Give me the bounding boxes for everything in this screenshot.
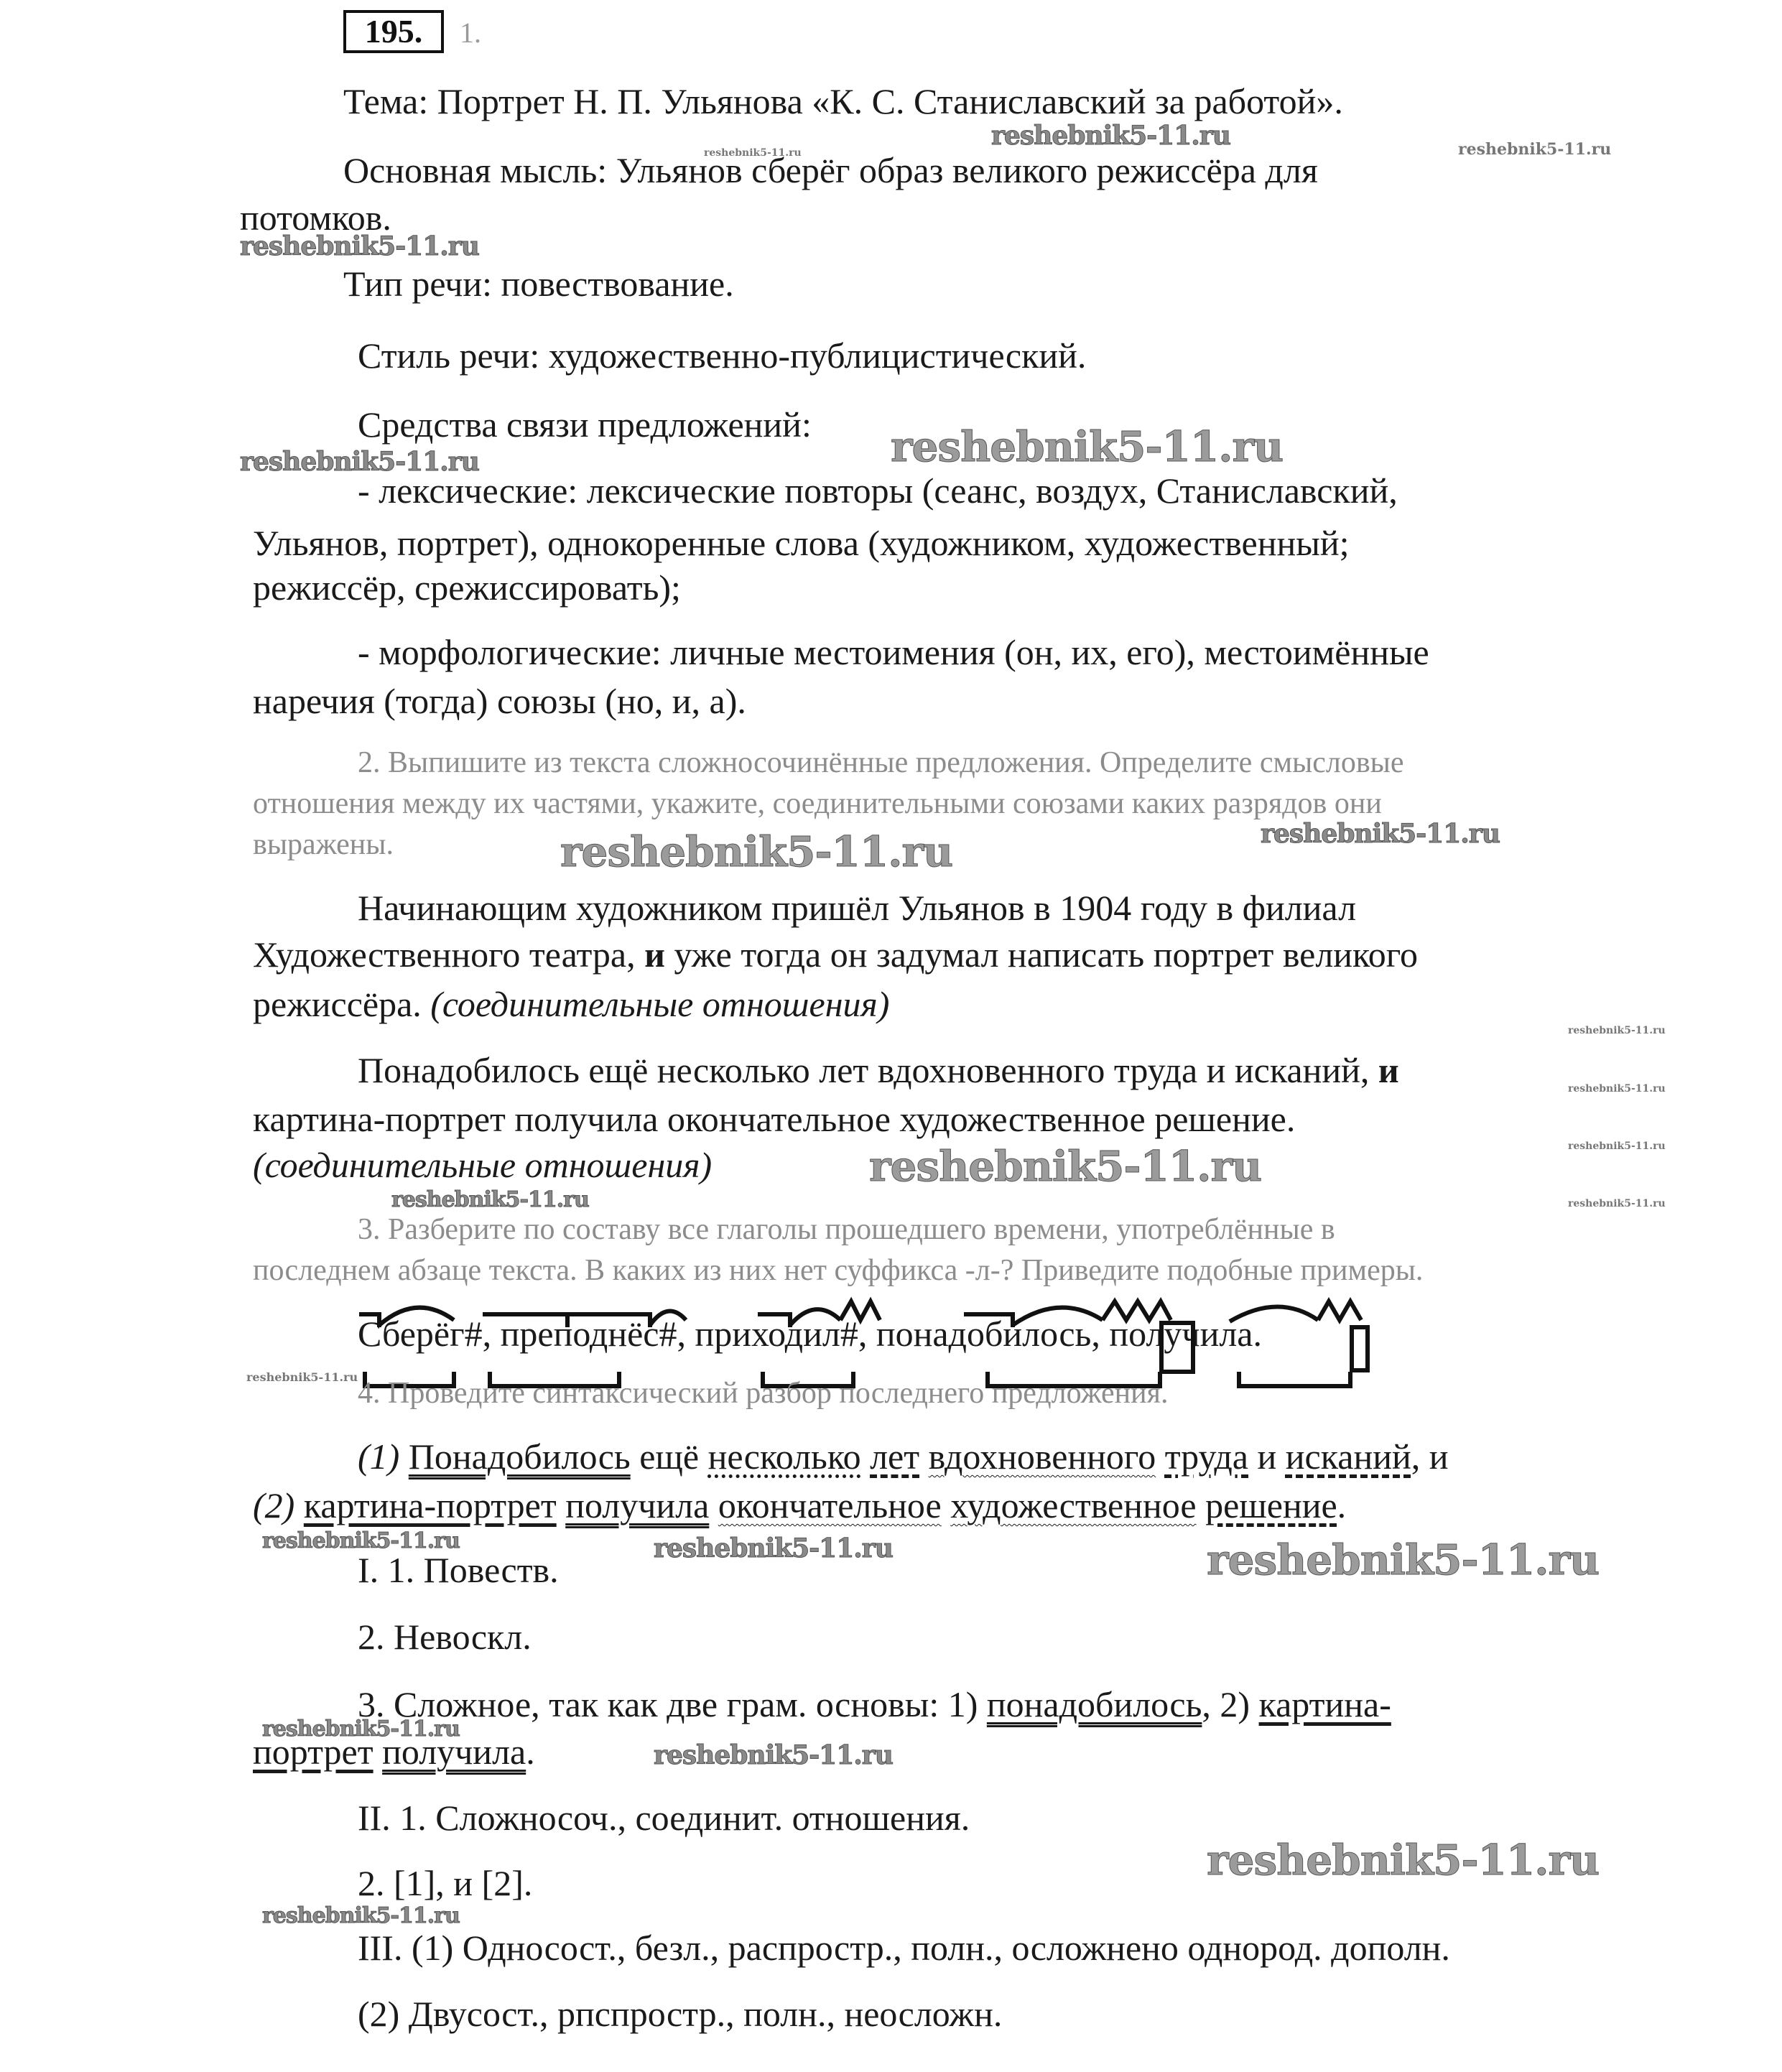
text [919,1436,929,1477]
sentence-member-object: исканий [1286,1436,1411,1477]
lexical-line-1: - лексические: лексические повторы (сеан… [358,469,1398,512]
watermark: reshebnik5-11.ru [262,1528,460,1553]
watermark: reshebnik5-11.ru [1458,140,1611,159]
root-arc-icon [1230,1306,1318,1321]
sentence1-end: режиссёра. [253,984,430,1024]
watermark: reshebnik5-11.ru [654,1533,893,1564]
root-arc-icon [379,1308,454,1325]
speech-style-line: Стиль речи: художественно-публицистическ… [358,334,1086,377]
lexical-line-3: режиссёр, срежиссировать); [253,566,681,609]
prefix-mark-icon [359,1314,379,1327]
root-arc-icon [790,1309,840,1325]
main-idea-line-1: Основная мысль: Ульянов сберёг образ вел… [343,149,1318,192]
sentence-member-object: решение [1205,1485,1337,1525]
ending-box-icon [1352,1327,1368,1370]
text [1156,1436,1165,1477]
sentence-member-subject: картина-портрет [304,1485,557,1525]
prefix-mark-icon [758,1314,790,1327]
clause-label: (1) [358,1436,409,1477]
analysis-iii1: III. (1) Односост., безл., распростр., п… [358,1926,1450,1969]
analysis-i3-line-1: 3. Сложное, так как две грам. основы: 1)… [358,1683,1391,1726]
text [942,1485,951,1525]
text [557,1485,566,1525]
sentence-member-object: труда [1165,1436,1248,1477]
sentence-member-predicate: Понадобилось [409,1436,631,1477]
sentence1-conjunction: и [644,934,665,975]
parsed-sentence-part-1: (1) Понадобилось ещё несколько лет вдохн… [358,1435,1448,1478]
sentence1-line-3: режиссёра. (соединительные отношения) [253,982,889,1026]
watermark: reshebnik5-11.ru [1568,1140,1666,1152]
sentence1-part-b: уже тогда он задумал написать портрет ве… [665,934,1418,975]
watermark: reshebnik5-11.ru [560,827,952,876]
text: . [1337,1485,1347,1525]
analysis-i1: I. 1. Повеств. [358,1548,559,1592]
watermark: reshebnik5-11.ru [1207,1536,1599,1584]
subtask-number: 1. [460,16,481,50]
morphological-line-2: наречия (тогда) союзы (но, и, а). [253,679,746,723]
watermark: reshebnik5-11.ru [1207,1836,1599,1885]
watermark: reshebnik5-11.ru [869,1142,1261,1191]
text [861,1436,871,1477]
sentence1-line-2: Художественного театра, и уже тогда он з… [253,933,1418,976]
suffix-mark-icon [840,1301,880,1320]
stem-bracket-icon [1239,1372,1350,1386]
morphological-line-1: - морфологические: личные местоимения (о… [358,631,1429,674]
watermark: reshebnik5-11.ru [391,1187,589,1212]
text: ещё [631,1436,708,1477]
links-heading: Средства связи предложений: [358,403,812,446]
parsed-sentence-part-2: (2) картина-портрет получила окончательн… [253,1484,1346,1527]
postfix-box-icon [1161,1323,1193,1372]
analysis-iii2: (2) Двусост., рпспростр., полн., неослож… [358,1992,1002,2035]
task3-prompt-line-1: 3. Разберите по составу все глаголы прош… [358,1211,1335,1248]
sentence-member-attribute: художественное [950,1485,1196,1525]
task2-prompt-line-2: отношения между их частями, укажите, сое… [253,785,1382,822]
root-arc-icon [1013,1308,1103,1325]
suffix-mark-icon [1318,1301,1361,1320]
grammar-base-subject-2a: картина- [1259,1684,1391,1724]
watermark: reshebnik5-11.ru [240,447,479,477]
watermark: reshebnik5-11.ru [1568,1025,1666,1036]
sentence1-line-1: Начинающим художником пришёл Ульянов в 1… [358,886,1356,929]
prefix-mark-icon [567,1314,650,1327]
text: и [1248,1436,1286,1477]
sentence2-relation: (соединительные отношения) [253,1143,712,1186]
watermark: reshebnik5-11.ru [704,147,802,159]
task4-prompt: 4. Проведите синтаксический разбор после… [358,1375,1168,1412]
watermark: reshebnik5-11.ru [891,422,1283,471]
text [1197,1485,1206,1525]
sentence2-line-1: Понадобилось ещё несколько лет вдохновен… [358,1049,1399,1092]
sentence-member-object: лет [870,1436,919,1477]
grammar-base-predicate-1: понадобилось [987,1684,1202,1724]
prefix-mark-icon [483,1314,567,1327]
sentence2-part-a: Понадобилось ещё несколько лет вдохновен… [358,1050,1378,1090]
analysis-ii2: 2. [1], и [2]. [358,1862,532,1905]
suffix-mark-icon [1103,1301,1171,1320]
task2-prompt-line-1: 2. Выпишите из текста сложносочинённые п… [358,744,1404,781]
watermark: reshebnik5-11.ru [991,121,1230,151]
analysis-i2: 2. Невоскл. [358,1615,532,1658]
exercise-number-box: 195. [343,10,444,53]
sentence-member-attribute: вдохновенного [929,1436,1156,1477]
sentence-member-attribute: окончательное [718,1485,942,1525]
watermark: reshebnik5-11.ru [262,1716,460,1742]
watermark: reshebnik5-11.ru [1568,1083,1666,1095]
task3-prompt-line-2: последнем абзаце текста. В каких из них … [253,1252,1423,1289]
sentence2-line-2: картина-портрет получила окончательное х… [253,1097,1295,1140]
watermark: reshebnik5-11.ru [654,1740,893,1770]
watermark: reshebnik5-11.ru [1261,819,1500,849]
task2-prompt-line-3: выражены. [253,826,394,863]
lexical-line-2: Ульянов, портрет), однокоренные слова (х… [253,521,1350,565]
sentence1-relation: (соединительные отношения) [430,984,889,1024]
watermark: reshebnik5-11.ru [246,1370,358,1384]
sentence-member-predicate: получила [565,1485,709,1525]
analysis-i3-end: . [526,1732,535,1772]
watermark: reshebnik5-11.ru [1568,1198,1666,1209]
watermark: reshebnik5-11.ru [262,1903,460,1928]
sentence-member-adverbial-dashdot: несколько [708,1436,861,1477]
analysis-ii1: II. 1. Сложносоч., соединит. отношения. [358,1796,970,1839]
analysis-i3-sep: , 2) [1202,1684,1258,1724]
text: , и [1411,1436,1449,1477]
clause-label: (2) [253,1485,304,1525]
watermark: reshebnik5-11.ru [240,231,479,261]
root-arc-icon [650,1311,686,1325]
prefix-mark-icon [964,1314,1013,1327]
text [709,1485,718,1525]
sentence2-conjunction: и [1378,1050,1399,1090]
theme-line: Тема: Портрет Н. П. Ульянова «К. С. Стан… [343,80,1343,123]
speech-type-line: Тип речи: повествование. [343,262,734,305]
sentence1-part-a: Художественного театра, [253,934,644,975]
